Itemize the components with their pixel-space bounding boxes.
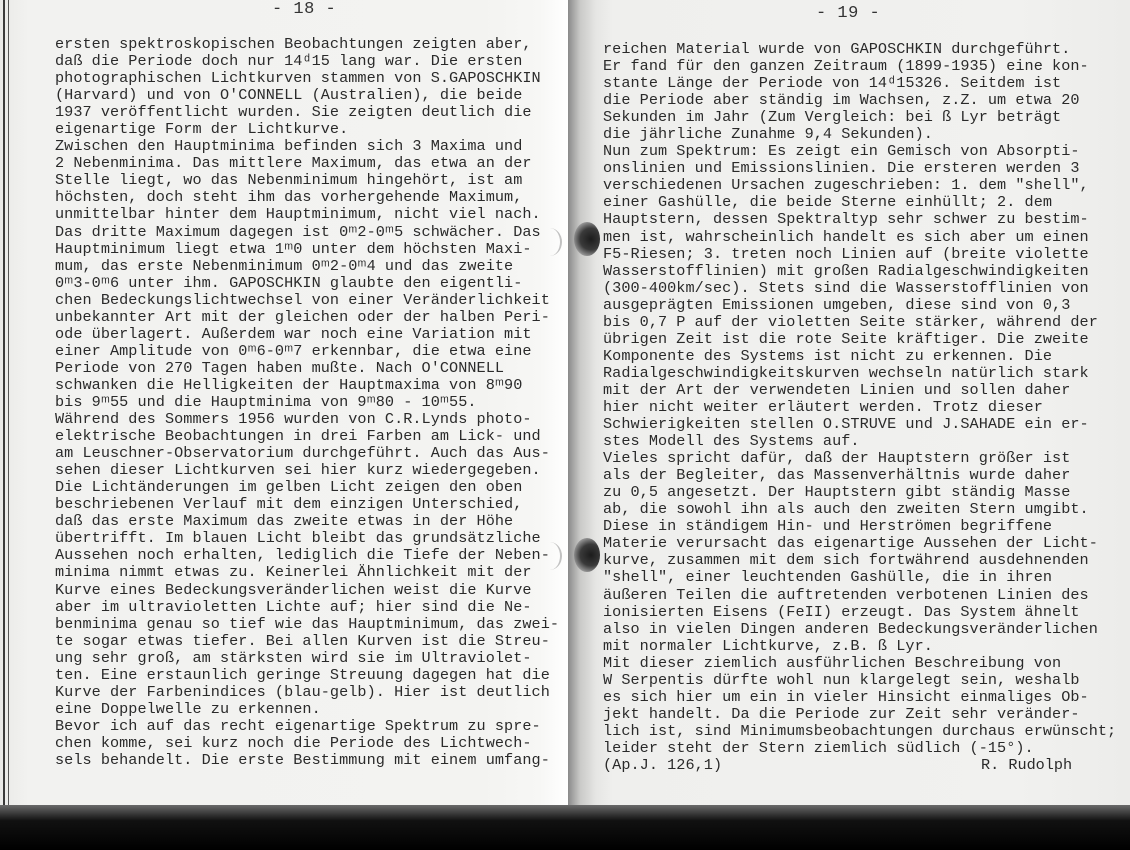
text-line: men ist, wahrscheinlich handelt es sich … xyxy=(603,229,1116,246)
text-line: chen komme, sei kurz noch die Periode de… xyxy=(55,735,559,752)
page-number: - 18 - xyxy=(272,0,336,19)
punch-hole-shadow-icon xyxy=(538,228,562,256)
text-line: onslinien und Emissionslinien. Die erste… xyxy=(603,160,1116,177)
page-number: - 19 - xyxy=(816,4,880,23)
text-line: stante Länge der Periode von 14ᵈ15326. S… xyxy=(603,75,1116,92)
text-line: übrigen Zeit ist die rote Seite kräftige… xyxy=(603,331,1116,348)
punch-hole-shadow-icon xyxy=(538,542,562,570)
text-line: verschiedenen Ursachen zugeschrieben: 1.… xyxy=(603,177,1116,194)
text-line: "shell", einer leuchtenden Gashülle, die… xyxy=(603,569,1116,586)
text-line: Kurve eines Bedeckungsveränderlichen wei… xyxy=(55,582,559,599)
text-line: beschriebenen Verlauf mit dem einzigen U… xyxy=(55,496,559,513)
punch-hole-icon xyxy=(574,538,600,572)
text-line: Die Lichtänderungen im gelben Licht zeig… xyxy=(55,479,559,496)
text-line: stes Modell des Systems auf. xyxy=(603,433,1116,450)
text-line: W Serpentis dürfte wohl nun klargelegt s… xyxy=(603,672,1116,689)
text-line: sehen dieser Lichtkurven sei hier kurz w… xyxy=(55,462,559,479)
text-line: te sogar etwas tiefer. Bei allen Kurven … xyxy=(55,633,559,650)
text-line: Während des Sommers 1956 wurden von C.R.… xyxy=(55,411,559,428)
text-line: die jährliche Zunahme 9,4 Sekunden). xyxy=(603,126,1116,143)
text-line: einer Amplitude von 0ᵐ6-0ᵐ7 erkennbar, d… xyxy=(55,343,559,360)
text-line: minima nimmt etwas zu. Keinerlei Ähnlich… xyxy=(55,564,559,581)
scan-shadow xyxy=(0,805,1130,850)
page-body-text: reichen Material wurde von GAPOSCHKIN du… xyxy=(603,41,1116,774)
text-line: einer Gashülle, die beide Sterne einhüll… xyxy=(603,194,1116,211)
text-line: elektrische Beobachtungen in drei Farben… xyxy=(55,428,559,445)
text-line: Das dritte Maximum dagegen ist 0ᵐ2-0ᵐ5 s… xyxy=(55,224,559,241)
text-line: kurve, zusammen mit dem sich fortwährend… xyxy=(603,552,1116,569)
text-line: eigenartige Form der Lichtkurve. xyxy=(55,121,559,138)
text-line: Nun zum Spektrum: Es zeigt ein Gemisch v… xyxy=(603,143,1116,160)
text-line: leider steht der Stern ziemlich südlich … xyxy=(603,740,1116,757)
text-line: Er fand für den ganzen Zeitraum (1899-19… xyxy=(603,58,1116,75)
text-line: Materie verursacht das eigenartige Ausse… xyxy=(603,535,1116,552)
text-line: es sich hier um ein in vieler Hinsicht e… xyxy=(603,689,1116,706)
text-line: ionisierten Eisens (FeII) erzeugt. Das S… xyxy=(603,604,1116,621)
text-line: 1937 veröffentlicht wurden. Sie zeigten … xyxy=(55,104,559,121)
text-line: chen Bedeckungslichtwechsel von einer Ve… xyxy=(55,292,559,309)
text-line: photographischen Lichtkurven stammen von… xyxy=(55,70,559,87)
text-line: hier nicht weiter erläutert werden. Trot… xyxy=(603,399,1116,416)
text-line: benminima genau so tief wie das Hauptmin… xyxy=(55,616,559,633)
text-line: (300-400km/sec). Stets sind die Wasserst… xyxy=(603,280,1116,297)
text-line: am Leuschner-Observatorium durchgeführt.… xyxy=(55,445,559,462)
text-line: bis 9ᵐ55 und die Hauptminima von 9ᵐ80 - … xyxy=(55,394,559,411)
left-page: - 18 - ersten spektroskopischen Beobacht… xyxy=(0,0,568,808)
text-line: Bevor ich auf das recht eigenartige Spek… xyxy=(55,718,559,735)
text-line: ode überlagert. Außerdem war noch eine V… xyxy=(55,326,559,343)
book-spread: - 18 - ersten spektroskopischen Beobacht… xyxy=(0,0,1130,850)
text-line: äußeren Teilen die auftretenden verboten… xyxy=(603,587,1116,604)
author-signature: R. Rudolph xyxy=(981,756,1072,774)
text-line: Hauptstern, dessen Spektraltyp sehr schw… xyxy=(603,211,1116,228)
text-line: die Periode aber ständig im Wachsen, z.Z… xyxy=(603,92,1116,109)
text-line: unbekannter Art mit der gleichen oder de… xyxy=(55,309,559,326)
binding-edge-line xyxy=(8,0,9,808)
text-line: Periode von 270 Tagen haben mußte. Nach … xyxy=(55,360,559,377)
text-line: Diese in ständigem Hin- und Herströmen b… xyxy=(603,518,1116,535)
text-line: Wasserstofflinien) mit großen Radialgesc… xyxy=(603,263,1116,280)
text-line: sels behandelt. Die erste Bestimmung mit… xyxy=(55,752,559,769)
text-line: als der Begleiter, das Massenverhältnis … xyxy=(603,467,1116,484)
text-line: zu 0,5 angesetzt. Der Hauptstern gibt st… xyxy=(603,484,1116,501)
text-line: (Harvard) und von O'CONNELL (Australien)… xyxy=(55,87,559,104)
text-line: lich ist, sind Minimumsbeobachtungen dur… xyxy=(603,723,1116,740)
text-line: Zwischen den Hauptminima befinden sich 3… xyxy=(55,138,559,155)
text-line: also in vielen Dingen anderen Bedeckungs… xyxy=(603,621,1116,638)
text-line: ab, die sowohl ihn als auch den zweiten … xyxy=(603,501,1116,518)
text-line: mum, das erste Nebenminimum 0ᵐ2-0ᵐ4 und … xyxy=(55,258,559,275)
text-line: ersten spektroskopischen Beobachtungen z… xyxy=(55,36,559,53)
text-line: Hauptminimum liegt etwa 1ᵐ0 unter dem hö… xyxy=(55,241,559,258)
text-line: 0ᵐ3-0ᵐ6 unter ihm. GAPOSCHKIN glaubte de… xyxy=(55,275,559,292)
text-line: ten. Eine erstaunlich geringe Streuung d… xyxy=(55,667,559,684)
text-line: Vieles spricht dafür, daß der Hauptstern… xyxy=(603,450,1116,467)
text-line: übertrifft. Im blauen Licht bleibt das g… xyxy=(55,530,559,547)
text-line: Mit dieser ziemlich ausführlichen Beschr… xyxy=(603,655,1116,672)
text-line: Komponente des Systems ist nicht zu erke… xyxy=(603,348,1116,365)
text-line: unmittelbar hinter dem Hauptminimum, nic… xyxy=(55,206,559,223)
text-line: daß die Periode doch nur 14ᵈ15 lang war.… xyxy=(55,53,559,70)
text-line: mit normaler Lichtkurve, z.B. ß Lyr. xyxy=(603,638,1116,655)
text-line: bis 0,7 P auf der violetten Seite stärke… xyxy=(603,314,1116,331)
text-line: Aussehen noch erhalten, lediglich die Ti… xyxy=(55,547,559,564)
text-line: jekt handelt. Da die Periode zur Zeit se… xyxy=(603,706,1116,723)
text-line: ung sehr groß, am stärksten wird sie im … xyxy=(55,650,559,667)
text-line: eine Doppelwelle zu erkennen. xyxy=(55,701,559,718)
text-line: aber im ultravioletten Lichte auf; hier … xyxy=(55,599,559,616)
text-line: Kurve der Farbenindices (blau-gelb). Hie… xyxy=(55,684,559,701)
text-line: höchsten, doch steht ihm das vorhergehen… xyxy=(55,189,559,206)
text-line: daß das erste Maximum das zweite etwas i… xyxy=(55,513,559,530)
right-page: - 19 - reichen Material wurde von GAPOSC… xyxy=(568,0,1130,805)
text-line: mit der Art der verwendeten Linien und s… xyxy=(603,382,1116,399)
text-line: reichen Material wurde von GAPOSCHKIN du… xyxy=(603,41,1116,58)
text-line: Sekunden im Jahr (Zum Vergleich: bei ß L… xyxy=(603,109,1116,126)
text-line: ausgeprägten Emissionen umgeben, diese s… xyxy=(603,297,1116,314)
text-line: 2 Nebenminima. Das mittlere Maximum, das… xyxy=(55,155,559,172)
text-line: schwanken die Helligkeiten der Hauptmaxi… xyxy=(55,377,559,394)
text-line: Schwierigkeiten stellen O.STRUVE und J.S… xyxy=(603,416,1116,433)
text-line: F5-Riesen; 3. treten noch Linien auf (br… xyxy=(603,246,1116,263)
text-line: Stelle liegt, wo das Nebenminimum hingeh… xyxy=(55,172,559,189)
punch-hole-icon xyxy=(574,222,600,256)
binding-edge-line xyxy=(3,0,5,808)
page-body-text: ersten spektroskopischen Beobachtungen z… xyxy=(55,36,559,769)
text-line: Radialgeschwindigkeitskurven wechseln na… xyxy=(603,365,1116,382)
